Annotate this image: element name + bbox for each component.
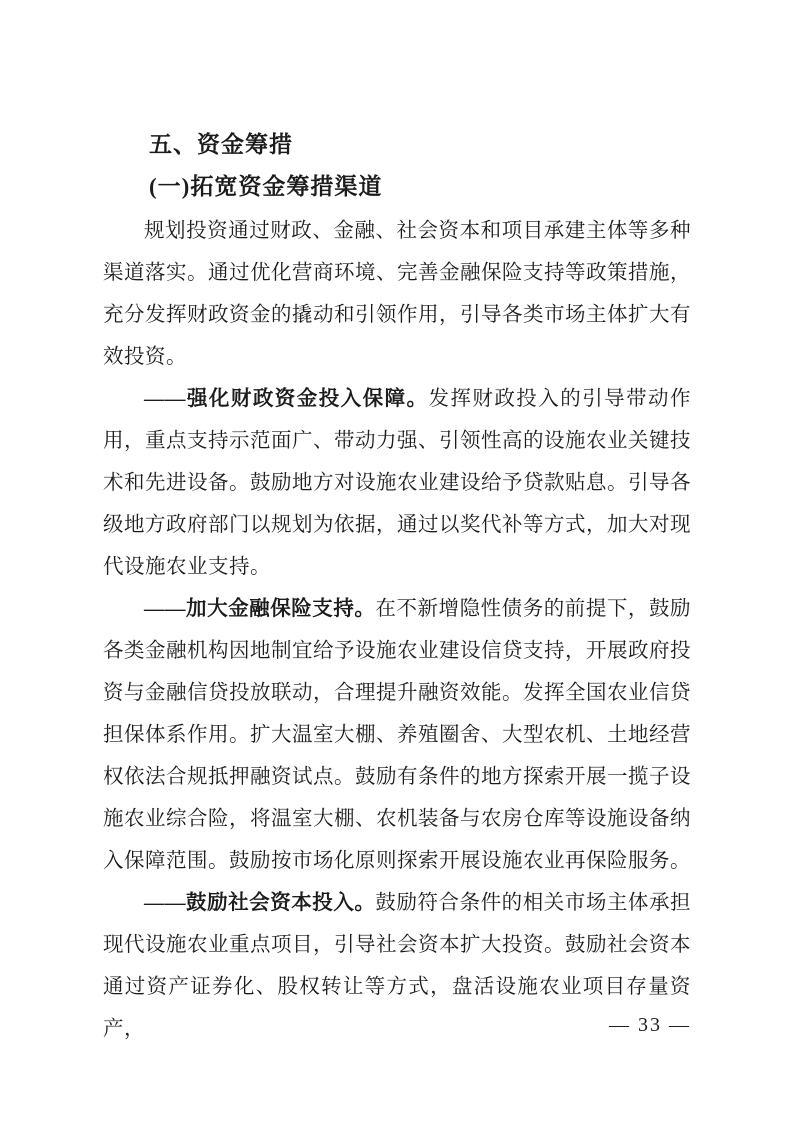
subsection-heading: (一)拓宽资金筹措渠道 <box>103 174 691 200</box>
paragraph-text: 规划投资通过财政、金融、社会资本和项目承建主体等多种渠道落实。通过优化营商环境、… <box>103 220 691 368</box>
paragraph: ——强化财政资金投入保障。发挥财政投入的引导带动作用，重点支持示范面广、带动力强… <box>103 378 691 588</box>
paragraph-lead: ——加大金融保险支持。 <box>144 598 375 620</box>
document-body: 五、资金筹措 (一)拓宽资金筹措渠道 规划投资通过财政、金融、社会资本和项目承建… <box>103 131 691 1050</box>
paragraph-text: 在不新增隐性债务的前提下，鼓励各类金融机构因地制宜给予设施农业建设信贷支持，开展… <box>103 598 691 872</box>
paragraph-lead: ——强化财政资金投入保障。 <box>144 388 428 410</box>
page-number: — 33 — <box>609 1013 691 1037</box>
section-heading: 五、资金筹措 <box>103 131 691 157</box>
paragraph: 规划投资通过财政、金融、社会资本和项目承建主体等多种渠道落实。通过优化营商环境、… <box>103 210 691 378</box>
paragraph-lead: ——鼓励社会资本投入。 <box>144 892 375 914</box>
paragraph-text: 发挥财政投入的引导带动作用，重点支持示范面广、带动力强、引领性高的设施农业关键技… <box>103 388 691 578</box>
document-page: 五、资金筹措 (一)拓宽资金筹措渠道 规划投资通过财政、金融、社会资本和项目承建… <box>0 0 794 1123</box>
paragraph-text: 鼓励符合条件的相关市场主体承担现代设施农业重点项目，引导社会资本扩大投资。鼓励社… <box>103 892 691 1040</box>
paragraph: ——加大金融保险支持。在不新增隐性债务的前提下，鼓励各类金融机构因地制宜给予设施… <box>103 588 691 882</box>
paragraph: ——鼓励社会资本投入。鼓励符合条件的相关市场主体承担现代设施农业重点项目，引导社… <box>103 882 691 1050</box>
